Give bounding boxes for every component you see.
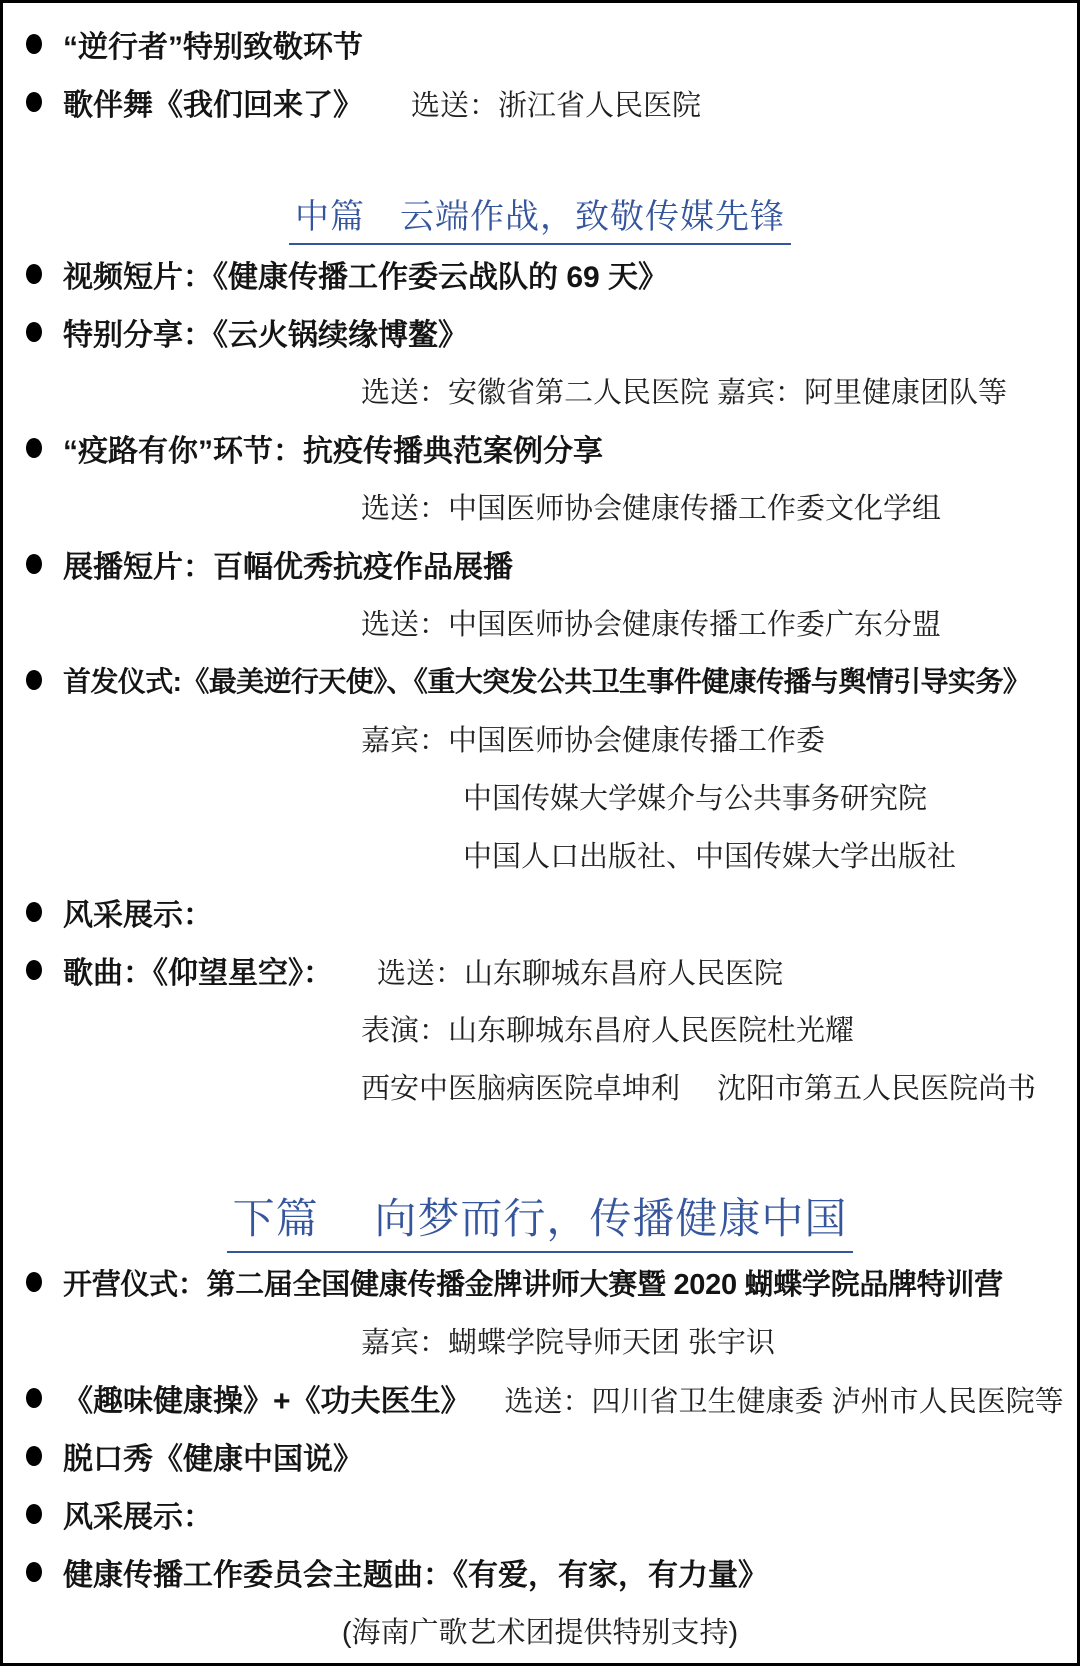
credit-line: 中国人口出版社、中国传媒大学出版社 [3, 825, 1077, 883]
bullet-icon [26, 438, 42, 458]
bullet-icon [26, 1562, 42, 1582]
agenda-item: 首发仪式:《最美逆行天使》、《重大突发公共卫生事件健康传播与舆情引导实务》 [3, 651, 1077, 709]
credit-inline: 选送：四川省卫生健康委 泸州市人民医院等 [505, 1386, 1064, 1418]
agenda-item-title: 《趣味健康操》+《功夫医生》 [63, 1385, 471, 1418]
bullet-icon [26, 1446, 42, 1466]
credit-text: 中国传媒大学媒介与公共事务研究院 [463, 783, 927, 815]
bullet-icon [26, 1272, 42, 1292]
agenda-item: 歌伴舞《我们回来了》选送：浙江省人民医院 [3, 73, 1077, 131]
credit-line: 嘉宾：中国医师协会健康传播工作委 [3, 709, 1077, 767]
agenda-item-title: 健康传播工作委员会主题曲：《有爱，有家，有力量》 [63, 1559, 768, 1592]
agenda-item: “疫路有你”环节：抗疫传播典范案例分享 [3, 419, 1077, 477]
credit-line: 选送：安徽省第二人民医院 嘉宾：阿里健康团队等 [3, 361, 1077, 419]
bullet-icon [26, 670, 42, 690]
section-heading-text: 中篇 云端作战，致敬传媒先锋 [289, 189, 791, 245]
agenda-item-title: 歌伴舞《我们回来了》 [63, 89, 363, 122]
agenda-item: 脱口秀《健康中国说》 [3, 1427, 1077, 1485]
agenda-item: 特别分享：《云火锅续缘博鳌》 [3, 303, 1077, 361]
credit-line: 选送：中国医师协会健康传播工作委文化学组 [3, 477, 1077, 535]
bullet-icon [26, 960, 42, 980]
bullet-icon [26, 1388, 42, 1408]
agenda-item-title: 风采展示： [63, 1501, 213, 1534]
bullet-icon [26, 92, 42, 112]
credit-text: 中国人口出版社、中国传媒大学出版社 [463, 841, 956, 873]
credit-text: 西安中医脑病医院卓坤利 沈阳市第五人民医院尚书 [361, 1073, 1036, 1105]
support-note: (海南广歌艺术团提供特别支持) [3, 1601, 1077, 1659]
agenda-item-title: 首发仪式:《最美逆行天使》、《重大突发公共卫生事件健康传播与舆情引导实务》 [63, 666, 1030, 697]
credit-text: 选送：中国医师协会健康传播工作委文化学组 [361, 493, 941, 525]
credit-inline: 选送：山东聊城东昌府人民医院 [377, 958, 783, 990]
bullet-icon [26, 902, 42, 922]
credit-line: 嘉宾：蝴蝶学院导师天团 张宇识 [3, 1311, 1077, 1369]
section-heading-final: 下篇 向梦而行，传播健康中国 [3, 1165, 1077, 1253]
agenda-item: 风采展示： [3, 1485, 1077, 1543]
bullet-icon [26, 34, 42, 54]
agenda-item-title: “逆行者”特别致敬环节 [63, 31, 363, 64]
agenda-item-title: “疫路有你”环节：抗疫传播典范案例分享 [63, 435, 603, 468]
agenda-item-title: 展播短片：百幅优秀抗疫作品展播 [63, 551, 513, 584]
credit-text: 嘉宾：中国医师协会健康传播工作委 [361, 725, 825, 757]
credit-line: 选送：中国医师协会健康传播工作委广东分盟 [3, 593, 1077, 651]
agenda-item: 健康传播工作委员会主题曲：《有爱，有家，有力量》 [3, 1543, 1077, 1601]
agenda-item-title: 特别分享：《云火锅续缘博鳌》 [63, 319, 468, 352]
agenda-item: 风采展示： [3, 883, 1077, 941]
bullet-icon [26, 1504, 42, 1524]
credit-text: 选送：安徽省第二人民医院 嘉宾：阿里健康团队等 [361, 377, 1007, 409]
bullet-icon [26, 264, 42, 284]
agenda-item: 视频短片：《健康传播工作委云战队的 69 天》 [3, 245, 1077, 303]
section-heading-middle: 中篇 云端作战，致敬传媒先锋 [3, 171, 1077, 245]
agenda-item: 展播短片：百幅优秀抗疫作品展播 [3, 535, 1077, 593]
support-note-text: (海南广歌艺术团提供特别支持) [342, 1610, 738, 1651]
bullet-icon [26, 322, 42, 342]
agenda-item-title: 开营仪式：第二届全国健康传播金牌讲师大赛暨 2020 蝴蝶学院品牌特训营 [63, 1269, 1003, 1301]
agenda-item: 歌曲：《仰望星空》：选送：山东聊城东昌府人民医院 [3, 941, 1077, 999]
agenda-item-title: 歌曲：《仰望星空》： [63, 957, 333, 990]
agenda-item-title: 风采展示： [63, 899, 213, 932]
bullet-icon [26, 554, 42, 574]
agenda-item-title: 视频短片：《健康传播工作委云战队的 69 天》 [63, 261, 668, 294]
agenda-item: “逆行者”特别致敬环节 [3, 15, 1077, 73]
agenda-item: 开营仪式：第二届全国健康传播金牌讲师大赛暨 2020 蝴蝶学院品牌特训营 [3, 1253, 1077, 1311]
credit-line: 表演：山东聊城东昌府人民医院杜光耀 [3, 999, 1077, 1057]
credit-text: 选送：中国医师协会健康传播工作委广东分盟 [361, 609, 941, 641]
credit-inline: 选送：浙江省人民医院 [411, 90, 701, 122]
credit-line: 西安中医脑病医院卓坤利 沈阳市第五人民医院尚书 [3, 1057, 1077, 1115]
credit-line: 中国传媒大学媒介与公共事务研究院 [3, 767, 1077, 825]
agenda-item: 《趣味健康操》+《功夫医生》选送：四川省卫生健康委 泸州市人民医院等 [3, 1369, 1077, 1427]
credit-text: 表演：山东聊城东昌府人民医院杜光耀 [361, 1015, 854, 1047]
section-heading-text: 下篇 向梦而行，传播健康中国 [227, 1186, 854, 1253]
agenda-item-title: 脱口秀《健康中国说》 [63, 1443, 363, 1476]
credit-text: 嘉宾：蝴蝶学院导师天团 张宇识 [361, 1327, 775, 1359]
program-page: “逆行者”特别致敬环节 歌伴舞《我们回来了》选送：浙江省人民医院 中篇 云端作战… [0, 0, 1080, 1666]
